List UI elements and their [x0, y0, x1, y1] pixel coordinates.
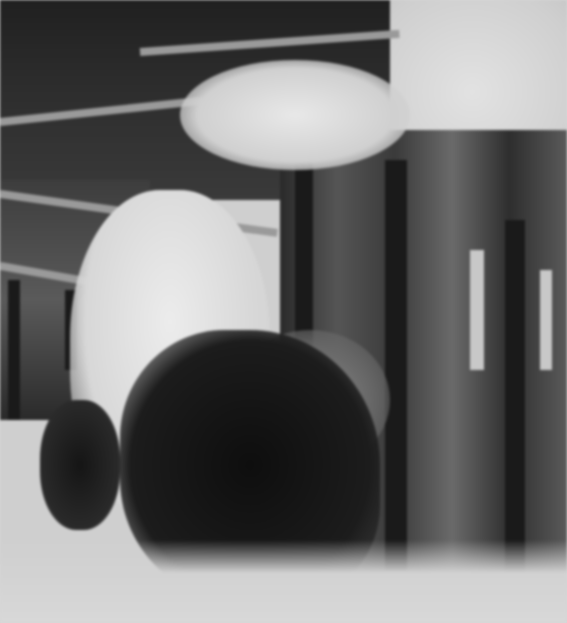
street: [0, 540, 567, 623]
facade-window-light: [470, 250, 484, 370]
smoke-cloud: [180, 60, 410, 170]
foreground-debris: [40, 400, 120, 530]
facade-window-light: [540, 270, 552, 370]
facade-pillar: [505, 220, 525, 590]
facade-pillar: [385, 160, 407, 570]
facade-pillar: [8, 280, 20, 420]
photograph: Blurred black-and-white historical photo…: [0, 0, 567, 623]
